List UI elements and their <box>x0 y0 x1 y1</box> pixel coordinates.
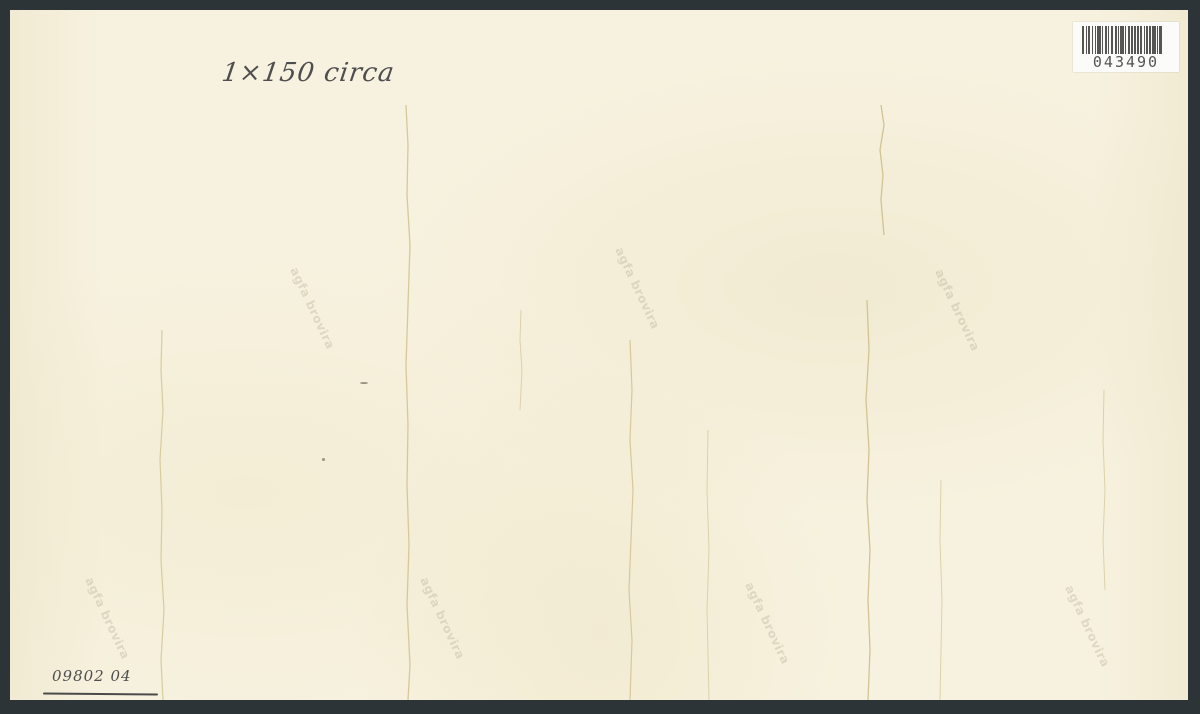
crease-line <box>1098 390 1110 590</box>
crease-line <box>156 330 168 700</box>
paper-watermark: agfa brovira <box>932 267 982 353</box>
crease-line <box>625 340 637 700</box>
crease-line <box>702 430 714 700</box>
crease-line <box>402 105 414 700</box>
paper-watermark: agfa brovira <box>612 245 662 331</box>
barcode-label: 043490 <box>1073 22 1179 72</box>
crease-line <box>876 105 888 235</box>
paper-watermark: agfa brovira <box>417 575 467 661</box>
crease-line <box>862 300 874 700</box>
crease-line <box>935 480 947 700</box>
photo-back-paper: agfa brovira agfa brovira agfa brovira a… <box>10 10 1188 700</box>
barcode-number: 043490 <box>1073 53 1179 71</box>
handwritten-underline <box>43 692 158 695</box>
barcode-icon <box>1082 26 1170 54</box>
paper-speck <box>360 382 368 384</box>
paper-speck <box>322 458 325 461</box>
paper-watermark: agfa brovira <box>1062 583 1112 669</box>
crease-line <box>515 310 527 410</box>
paper-watermark: agfa brovira <box>287 265 337 351</box>
paper-watermark: agfa brovira <box>82 575 132 661</box>
handwritten-archive-number: 09802 04 <box>52 667 132 685</box>
paper-watermark: agfa brovira <box>742 580 792 666</box>
handwritten-scale-note: 1×150 circa <box>220 58 397 88</box>
